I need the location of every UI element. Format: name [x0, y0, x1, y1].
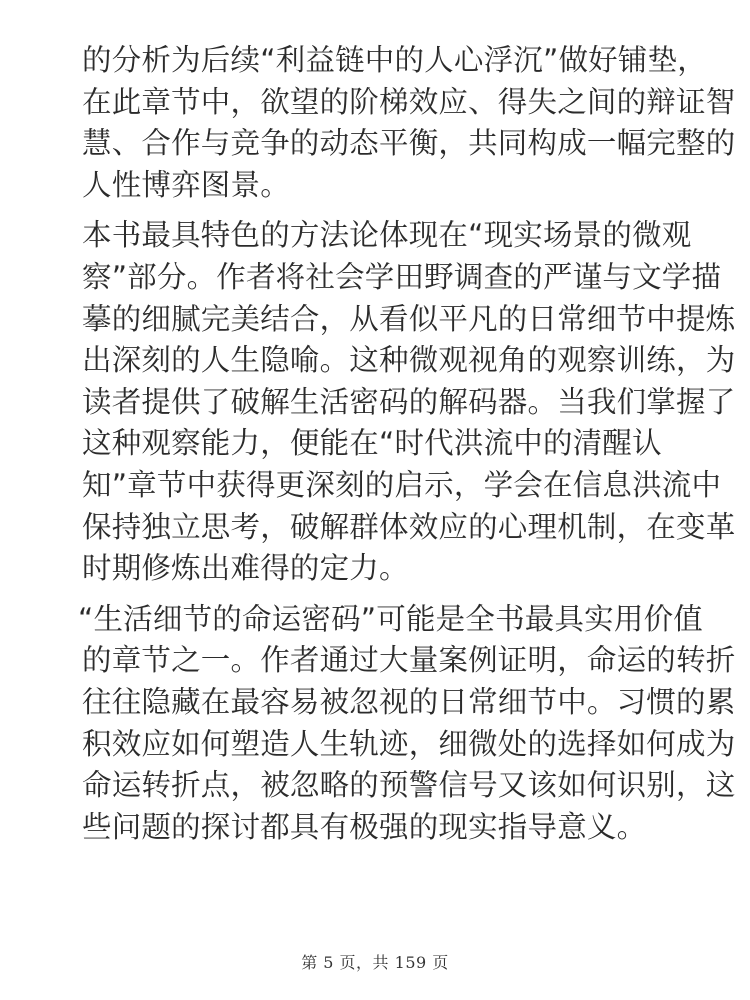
paragraph-3: “生活细节的命运密码”可能是全书最具实用价值 的章节之一。作者通过大量案例证明，… [82, 599, 670, 849]
text-line: 慧、合作与竞争的动态平衡，共同构成一幅完整的 [82, 123, 670, 165]
text-line: 命运转折点，被忽略的预警信号又该如何识别，这 [82, 765, 670, 807]
document-page: 的分析为后续“利益链中的人心浮沉”做好铺垫， 在此章节中，欲望的阶梯效应、得失之… [0, 0, 750, 1000]
text-line: 人性博弈图景。 [82, 165, 670, 207]
text-line: 本书最具特色的方法论体现在“现实场景的微观 [82, 215, 670, 257]
page-content: 的分析为后续“利益链中的人心浮沉”做好铺垫， 在此章节中，欲望的阶梯效应、得失之… [82, 40, 670, 857]
text-line: 这种观察能力，便能在“时代洪流中的清醒认 [82, 423, 670, 465]
page-number-footer: 第 5 页，共 159 页 [0, 950, 750, 973]
text-line: 的分析为后续“利益链中的人心浮沉”做好铺垫， [82, 40, 670, 82]
text-line: 在此章节中，欲望的阶梯效应、得失之间的辩证智 [82, 82, 670, 124]
text-line: “生活细节的命运密码”可能是全书最具实用价值 [78, 599, 670, 641]
text-line: 察”部分。作者将社会学田野调查的严谨与文学描 [82, 257, 670, 299]
text-line: 的章节之一。作者通过大量案例证明，命运的转折 [82, 640, 670, 682]
text-line: 知”章节中获得更深刻的启示，学会在信息洪流中 [82, 465, 670, 507]
text-line: 时期修炼出难得的定力。 [82, 548, 670, 590]
text-line: 往往隐藏在最容易被忽视的日常细节中。习惯的累 [82, 682, 670, 724]
paragraph-2: 本书最具特色的方法论体现在“现实场景的微观 察”部分。作者将社会学田野调查的严谨… [82, 215, 670, 589]
text-line: 摹的细腻完美结合，从看似平凡的日常细节中提炼 [82, 299, 670, 341]
text-line: 保持独立思考，破解群体效应的心理机制，在变革 [82, 507, 670, 549]
text-line: 出深刻的人生隐喻。这种微观视角的观察训练，为 [82, 340, 670, 382]
text-line: 些问题的探讨都具有极强的现实指导意义。 [82, 807, 670, 849]
text-line: 积效应如何塑造人生轨迹，细微处的选择如何成为 [82, 724, 670, 766]
paragraph-1: 的分析为后续“利益链中的人心浮沉”做好铺垫， 在此章节中，欲望的阶梯效应、得失之… [82, 40, 670, 206]
text-line: 读者提供了破解生活密码的解码器。当我们掌握了 [82, 382, 670, 424]
